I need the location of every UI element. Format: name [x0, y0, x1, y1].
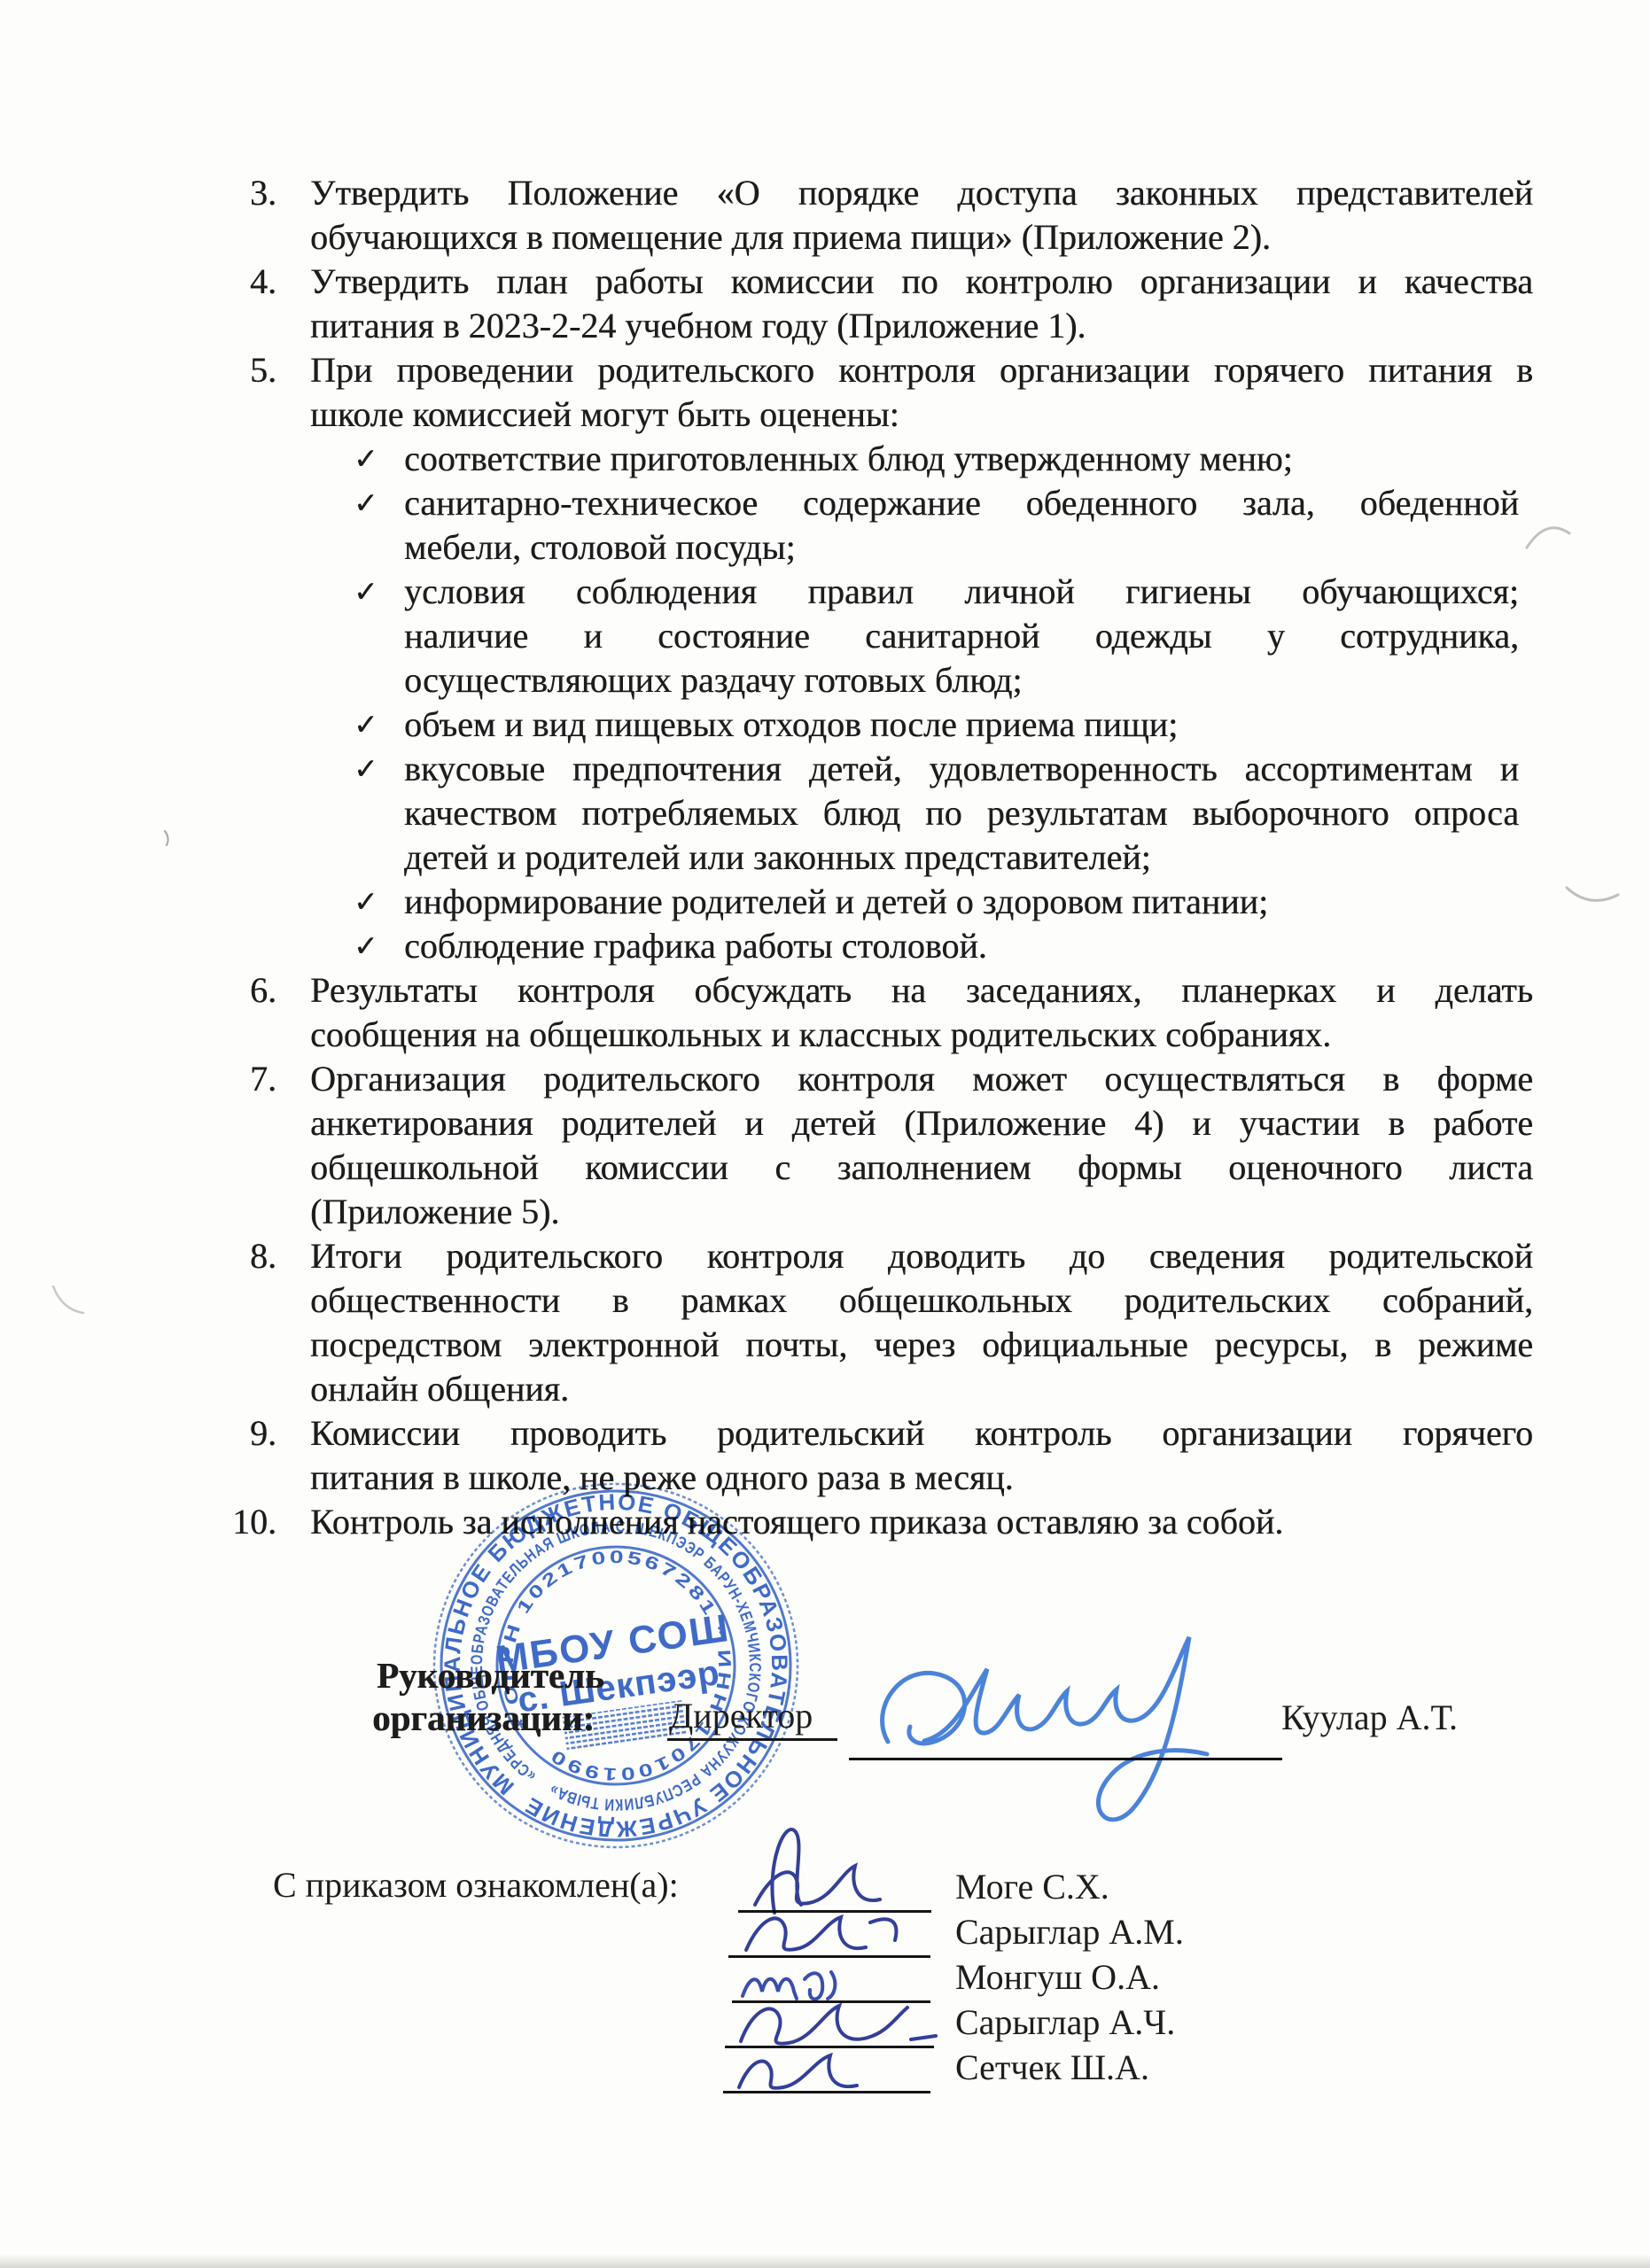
checklist-text: условия соблюдения правил личной гигиены…	[404, 570, 1519, 703]
checkmark-icon: ✓	[354, 747, 404, 880]
checklist-item-4: ✓ объем и вид пищевых отходов после прие…	[232, 703, 1533, 747]
text-line: качеством потребляемых блюд по результат…	[404, 791, 1519, 835]
checklist-item-7: ✓ соблюдение графика работы столовой.	[232, 924, 1533, 968]
scan-bottom-edge	[0, 2254, 1650, 2268]
item-text: Утвердить Положение «О порядке доступа з…	[310, 171, 1533, 260]
text-line: анкетирования родителей и детей (Приложе…	[310, 1101, 1533, 1146]
checklist-text: соответствие приготовленных блюд утвержд…	[404, 437, 1519, 481]
text-line: Организация родительского контроля может…	[310, 1057, 1533, 1101]
text-line: соблюдение графика работы столовой.	[404, 924, 1519, 968]
ack-signature-line-1	[738, 1910, 931, 1913]
ack-signature-line-5	[723, 2091, 930, 2093]
item-number: 9.	[232, 1411, 310, 1500]
item-text: Организация родительского контроля может…	[310, 1057, 1533, 1234]
item-number: 8.	[232, 1234, 310, 1411]
checkmark-icon: ✓	[354, 481, 404, 570]
ack-name-2: Сарыглар А.М.	[955, 1911, 1184, 1953]
item-number: 4.	[232, 260, 310, 348]
text-line: общественности в рамках общешкольных род…	[310, 1278, 1533, 1323]
item-number: 10.	[232, 1500, 310, 1544]
text-line: общешкольной комиссии с заполнением форм…	[310, 1146, 1533, 1190]
order-body: 3. Утвердить Положение «О порядке доступ…	[232, 171, 1533, 1544]
scan-artifact-curl	[1527, 528, 1569, 548]
order-item-8: 8. Итоги родительского контроля доводить…	[232, 1234, 1533, 1411]
item-text: Результаты контроля обсуждать на заседан…	[310, 968, 1533, 1057]
text-line: школе комиссией могут быть оценены:	[310, 392, 1533, 437]
text-line: Утвердить Положение «О порядке доступа з…	[310, 171, 1533, 215]
checklist-item-6: ✓ информирование родителей и детей о здо…	[232, 880, 1533, 924]
item-number: 6.	[232, 968, 310, 1057]
order-item-6: 6. Результаты контроля обсуждать на засе…	[232, 968, 1533, 1057]
order-item-3: 3. Утвердить Положение «О порядке доступ…	[232, 171, 1533, 260]
text-line: сообщения на общешкольных и классных род…	[310, 1013, 1533, 1057]
ack-name-5: Сетчек Ш.А.	[955, 2047, 1149, 2088]
scanned-order-page: 3. Утвердить Положение «О порядке доступ…	[0, 0, 1650, 2268]
director-signature	[924, 1637, 1207, 1820]
text-line: питания в 2023-2-24 учебном году (Прилож…	[310, 304, 1533, 348]
item-text: Комиссии проводить родительский контроль…	[310, 1411, 1533, 1500]
ack-signature-line-3	[732, 2000, 930, 2003]
scan-artifact-curl	[1567, 888, 1618, 900]
order-item-5: 5. При проведении родительского контроля…	[232, 348, 1533, 437]
checklist-text: вкусовые предпочтения детей, удовлетворе…	[404, 747, 1519, 880]
item-number: 5.	[232, 348, 310, 437]
text-line: мебели, столовой посуды;	[404, 525, 1519, 570]
checklist-item-1: ✓ соответствие приготовленных блюд утвер…	[232, 437, 1533, 481]
text-line: наличие и состояние санитарной одежды у …	[404, 614, 1519, 658]
order-item-4: 4. Утвердить план работы комиссии по кон…	[232, 260, 1533, 348]
checklist-item-5: ✓ вкусовые предпочтения детей, удовлетво…	[232, 747, 1533, 880]
director-signature-line	[849, 1758, 1282, 1760]
ack-name-3: Монгуш О.А.	[955, 1956, 1160, 1998]
ack-signature-line-4	[725, 2046, 934, 2048]
checklist-text: соблюдение графика работы столовой.	[404, 924, 1519, 968]
approval-position: Директор	[667, 1695, 837, 1741]
checkmark-icon: ✓	[354, 437, 404, 481]
text-line: информирование родителей и детей о здоро…	[404, 880, 1519, 924]
text-line: обучающихся в помещение для приема пищи»…	[310, 215, 1533, 260]
ack-name-1: Моге С.Х.	[955, 1866, 1109, 1907]
text-line: онлайн общения.	[310, 1367, 1533, 1411]
item-text: Итоги родительского контроля доводить до…	[310, 1234, 1533, 1411]
text-line: санитарно-техническое содержание обеденн…	[404, 481, 1519, 525]
checkmark-icon: ✓	[354, 880, 404, 924]
text-line: Результаты контроля обсуждать на заседан…	[310, 968, 1533, 1013]
text-line: При проведении родительского контроля ор…	[310, 348, 1533, 392]
checklist-item-2: ✓ санитарно-техническое содержание обеде…	[232, 481, 1533, 570]
text-line: вкусовые предпочтения детей, удовлетворе…	[404, 747, 1519, 791]
checklist-item-3: ✓ условия соблюдения правил личной гигие…	[232, 570, 1533, 703]
text-line: условия соблюдения правил личной гигиены…	[404, 570, 1519, 614]
checklist-text: информирование родителей и детей о здоро…	[404, 880, 1519, 924]
approval-role-line2: организации:	[372, 1697, 595, 1739]
text-line: осуществляющих раздачу готовых блюд;	[404, 658, 1519, 703]
text-line: детей и родителей или законных представи…	[404, 835, 1519, 880]
director-signature	[883, 1673, 965, 1744]
ack-signature-line-2	[728, 1955, 930, 1958]
item-text: При проведении родительского контроля ор…	[310, 348, 1533, 437]
item-number: 7.	[232, 1057, 310, 1234]
order-item-9: 9. Комиссии проводить родительский контр…	[232, 1411, 1533, 1500]
text-line: (Приложение 5).	[310, 1190, 1533, 1234]
checklist-text: санитарно-техническое содержание обеденн…	[404, 481, 1519, 570]
scan-artifact-mark	[165, 831, 168, 845]
text-line: Итоги родительского контроля доводить до…	[310, 1234, 1533, 1278]
ack-name-4: Сарыглар А.Ч.	[955, 2001, 1175, 2043]
director-name: Куулар А.Т.	[1281, 1697, 1458, 1738]
approval-role-line1: Руководитель	[377, 1654, 604, 1697]
ack-signature-4	[741, 2006, 936, 2044]
text-line: Комиссии проводить родительский контроль…	[310, 1411, 1533, 1456]
scan-artifact-curl	[53, 1286, 83, 1313]
item-text: Утвердить план работы комиссии по контро…	[310, 260, 1533, 348]
text-line: объем и вид пищевых отходов после приема…	[404, 703, 1519, 747]
checkmark-icon: ✓	[354, 924, 404, 968]
text-line: Утвердить план работы комиссии по контро…	[310, 260, 1533, 304]
checkmark-icon: ✓	[354, 570, 404, 703]
acknowledgement-label: С приказом ознакомлен(а):	[273, 1864, 679, 1906]
item-number: 3.	[232, 171, 310, 260]
order-item-7: 7. Организация родительского контроля мо…	[232, 1057, 1533, 1234]
text-line: соответствие приготовленных блюд утвержд…	[404, 437, 1519, 481]
ack-signature-3	[743, 1972, 835, 2000]
ack-signature-2	[746, 1917, 896, 1950]
checklist-text: объем и вид пищевых отходов после приема…	[404, 703, 1519, 747]
ack-signature-5	[739, 2055, 857, 2088]
text-line: посредством электронной почты, через офи…	[310, 1323, 1533, 1367]
checkmark-icon: ✓	[354, 703, 404, 747]
ack-signature-1	[755, 1829, 880, 1913]
